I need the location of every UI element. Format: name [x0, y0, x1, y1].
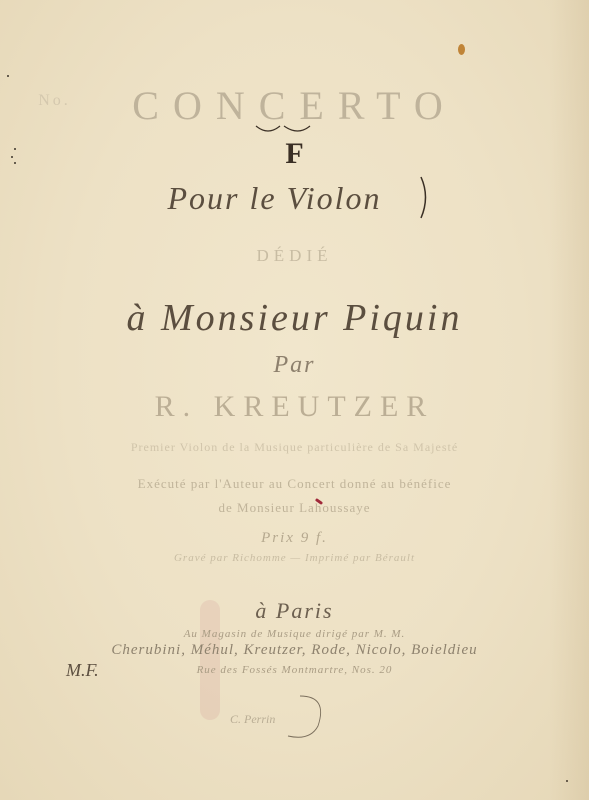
bracket-icon — [418, 175, 432, 220]
handwritten-note: M.F. — [66, 660, 99, 681]
dedication-label: DÉDIÉ — [0, 246, 589, 266]
title-page: No. CONCERTO F Pour le Violon DÉDIÉ à Mo… — [0, 0, 589, 800]
key-letter-text: F — [285, 137, 303, 170]
key-letter: F — [0, 137, 589, 171]
rust-stain — [458, 44, 465, 55]
ink-dot — [7, 75, 9, 77]
composer-subtitle: Premier Violon de la Musique particulièr… — [0, 440, 589, 455]
price: Prix 9 f. — [0, 530, 589, 547]
publisher-line-2: Cherubini, Méhul, Kreutzer, Rode, Nicolo… — [0, 642, 589, 659]
performance-note-2: de Monsieur Lahoussaye — [0, 500, 589, 516]
publisher-line-1: Au Magasin de Musique dirigé par M. M. — [0, 628, 589, 640]
flourish-icon — [254, 122, 314, 136]
ink-dot — [566, 780, 568, 782]
place: à Paris — [0, 598, 589, 624]
stamp-mark — [270, 686, 330, 746]
stamp-signature: C. Perrin — [230, 712, 275, 727]
composer-name: R. KREUTZER — [0, 390, 589, 424]
by-label: Par — [0, 352, 589, 379]
engraving-note: Gravé par Richomme — Imprimé par Bérault — [0, 552, 589, 564]
performance-note: Exécuté par l'Auteur au Concert donné au… — [0, 476, 589, 492]
dedicatee-line: à Monsieur Piquin — [0, 296, 589, 340]
instrument-line: Pour le Violon — [0, 180, 569, 217]
